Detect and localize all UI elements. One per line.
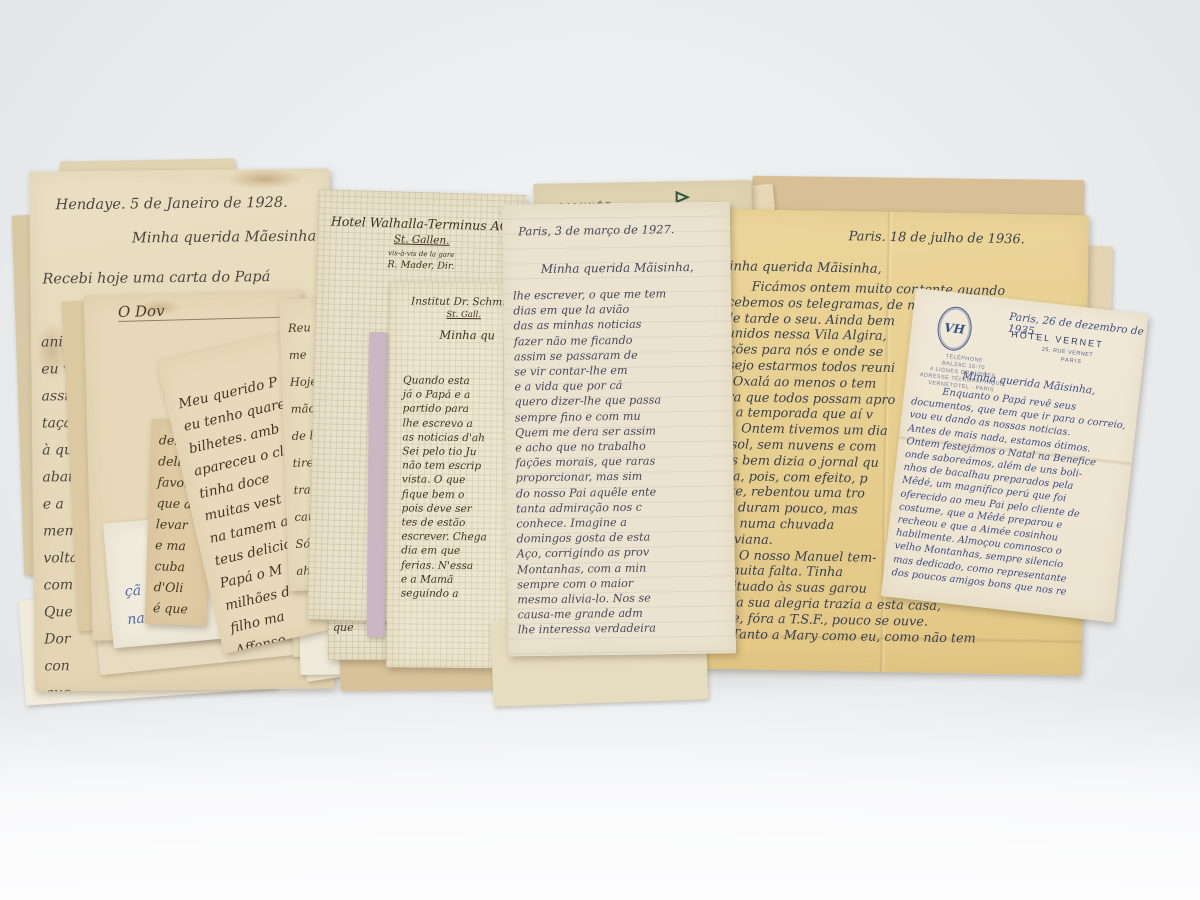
letter-dateline: Paris, 3 de março de 1927. bbox=[518, 222, 674, 238]
letter-dateline: Hendaye. 5 de Janeiro de 1928. bbox=[56, 195, 288, 213]
handwritten-line: lhe escrever, o que me tem bbox=[513, 286, 666, 303]
handwritten-line: é que bbox=[153, 597, 189, 619]
paper-edge-lilac bbox=[367, 332, 388, 637]
hotel-vernet-monogram-icon: VH bbox=[935, 305, 974, 353]
letter-salutation: Minha qu bbox=[439, 328, 495, 343]
letter-body: lhe escrever, o que me temdias em que la… bbox=[513, 286, 671, 638]
handwritten-line: d'Oli bbox=[153, 576, 189, 598]
letter-paris-1927: Paris, 3 de março de 1927. Minha querida… bbox=[502, 201, 736, 656]
handwritten-line: ferias. N'essa bbox=[401, 558, 487, 573]
letter-body: Quando estajá o Papá e apartido paralhe … bbox=[401, 373, 489, 601]
handwritten-line: Aço, corrigindo as prov bbox=[517, 545, 670, 562]
age-stain bbox=[225, 169, 303, 190]
handwritten-line: fações morais, que raras bbox=[515, 454, 668, 471]
handwritten-line: pois deve ser bbox=[402, 501, 488, 516]
handwritten-line: as noticias d'ah bbox=[402, 430, 488, 445]
handwritten-line: Quando esta bbox=[403, 373, 489, 388]
handwritten-line: dia em que bbox=[401, 544, 487, 559]
handwritten-line: vista. O que bbox=[402, 473, 488, 488]
handwritten-line: levar bbox=[156, 513, 192, 535]
handwritten-line: seguindo a bbox=[401, 586, 487, 601]
handwritten-line: e a Mamã bbox=[401, 572, 487, 587]
handwritten-line: Recebi hoje uma carta do Papá bbox=[42, 261, 270, 295]
letter-salutation: Minha querida Mãisinha, bbox=[716, 259, 882, 277]
handwritten-line: do nosso Pai aquêle ente bbox=[516, 484, 669, 501]
letter-body: Enquanto o Papá revê seusdocumentos, que… bbox=[891, 382, 1128, 603]
handwritten-line: que bbox=[45, 680, 117, 692]
letterhead-city: St. Gallen. bbox=[318, 231, 526, 249]
handwritten-line: mesmo alivia-lo. Nos se bbox=[517, 590, 670, 607]
handwritten-line: tes de estão bbox=[401, 515, 487, 530]
letterhead-hotel-name: Hotel Walhalla-Terminus AG. bbox=[318, 213, 526, 234]
handwritten-line: lhe escrevo a bbox=[402, 416, 488, 431]
letter-dateline: Paris. 18 de julho de 1936. bbox=[848, 229, 1025, 247]
handwritten-line: não tem escrip bbox=[402, 459, 488, 474]
photo-backdrop: Hendaye. 5 de Janeiro de 1928. Minha que… bbox=[0, 0, 1200, 900]
handwritten-line: já o Papá e a bbox=[403, 388, 489, 403]
handwritten-line: lhe interessa verdadeira bbox=[518, 621, 671, 638]
fragment-heading: O Dov bbox=[118, 299, 285, 322]
letter-hotel-vernet-1935: VH TÉLÉPHONEBALZAC 16-704 LIGNES GROUPÉE… bbox=[881, 288, 1149, 622]
handwritten-line: escrever. Chega bbox=[401, 530, 487, 545]
letterhead-city: PARIS bbox=[1060, 357, 1082, 365]
handwritten-line: fique bem o bbox=[402, 487, 488, 502]
handwritten-line: quero dizer-lhe que passa bbox=[515, 393, 668, 410]
handwritten-line: Sei pelo tio Ju bbox=[402, 444, 488, 459]
letter-salutation: Minha querida Mãesinha bbox=[132, 229, 316, 247]
handwritten-line: cuba bbox=[154, 555, 190, 577]
handwritten-line: partido para bbox=[403, 402, 489, 417]
handwritten-line: e ma bbox=[155, 534, 191, 556]
monogram-letters: VH bbox=[944, 321, 966, 337]
letter-body: Recebi hoje uma carta do Papá bbox=[42, 261, 270, 295]
table-surface bbox=[0, 685, 1200, 900]
letter-salutation: Minha querida Mãisinha, bbox=[541, 260, 694, 276]
